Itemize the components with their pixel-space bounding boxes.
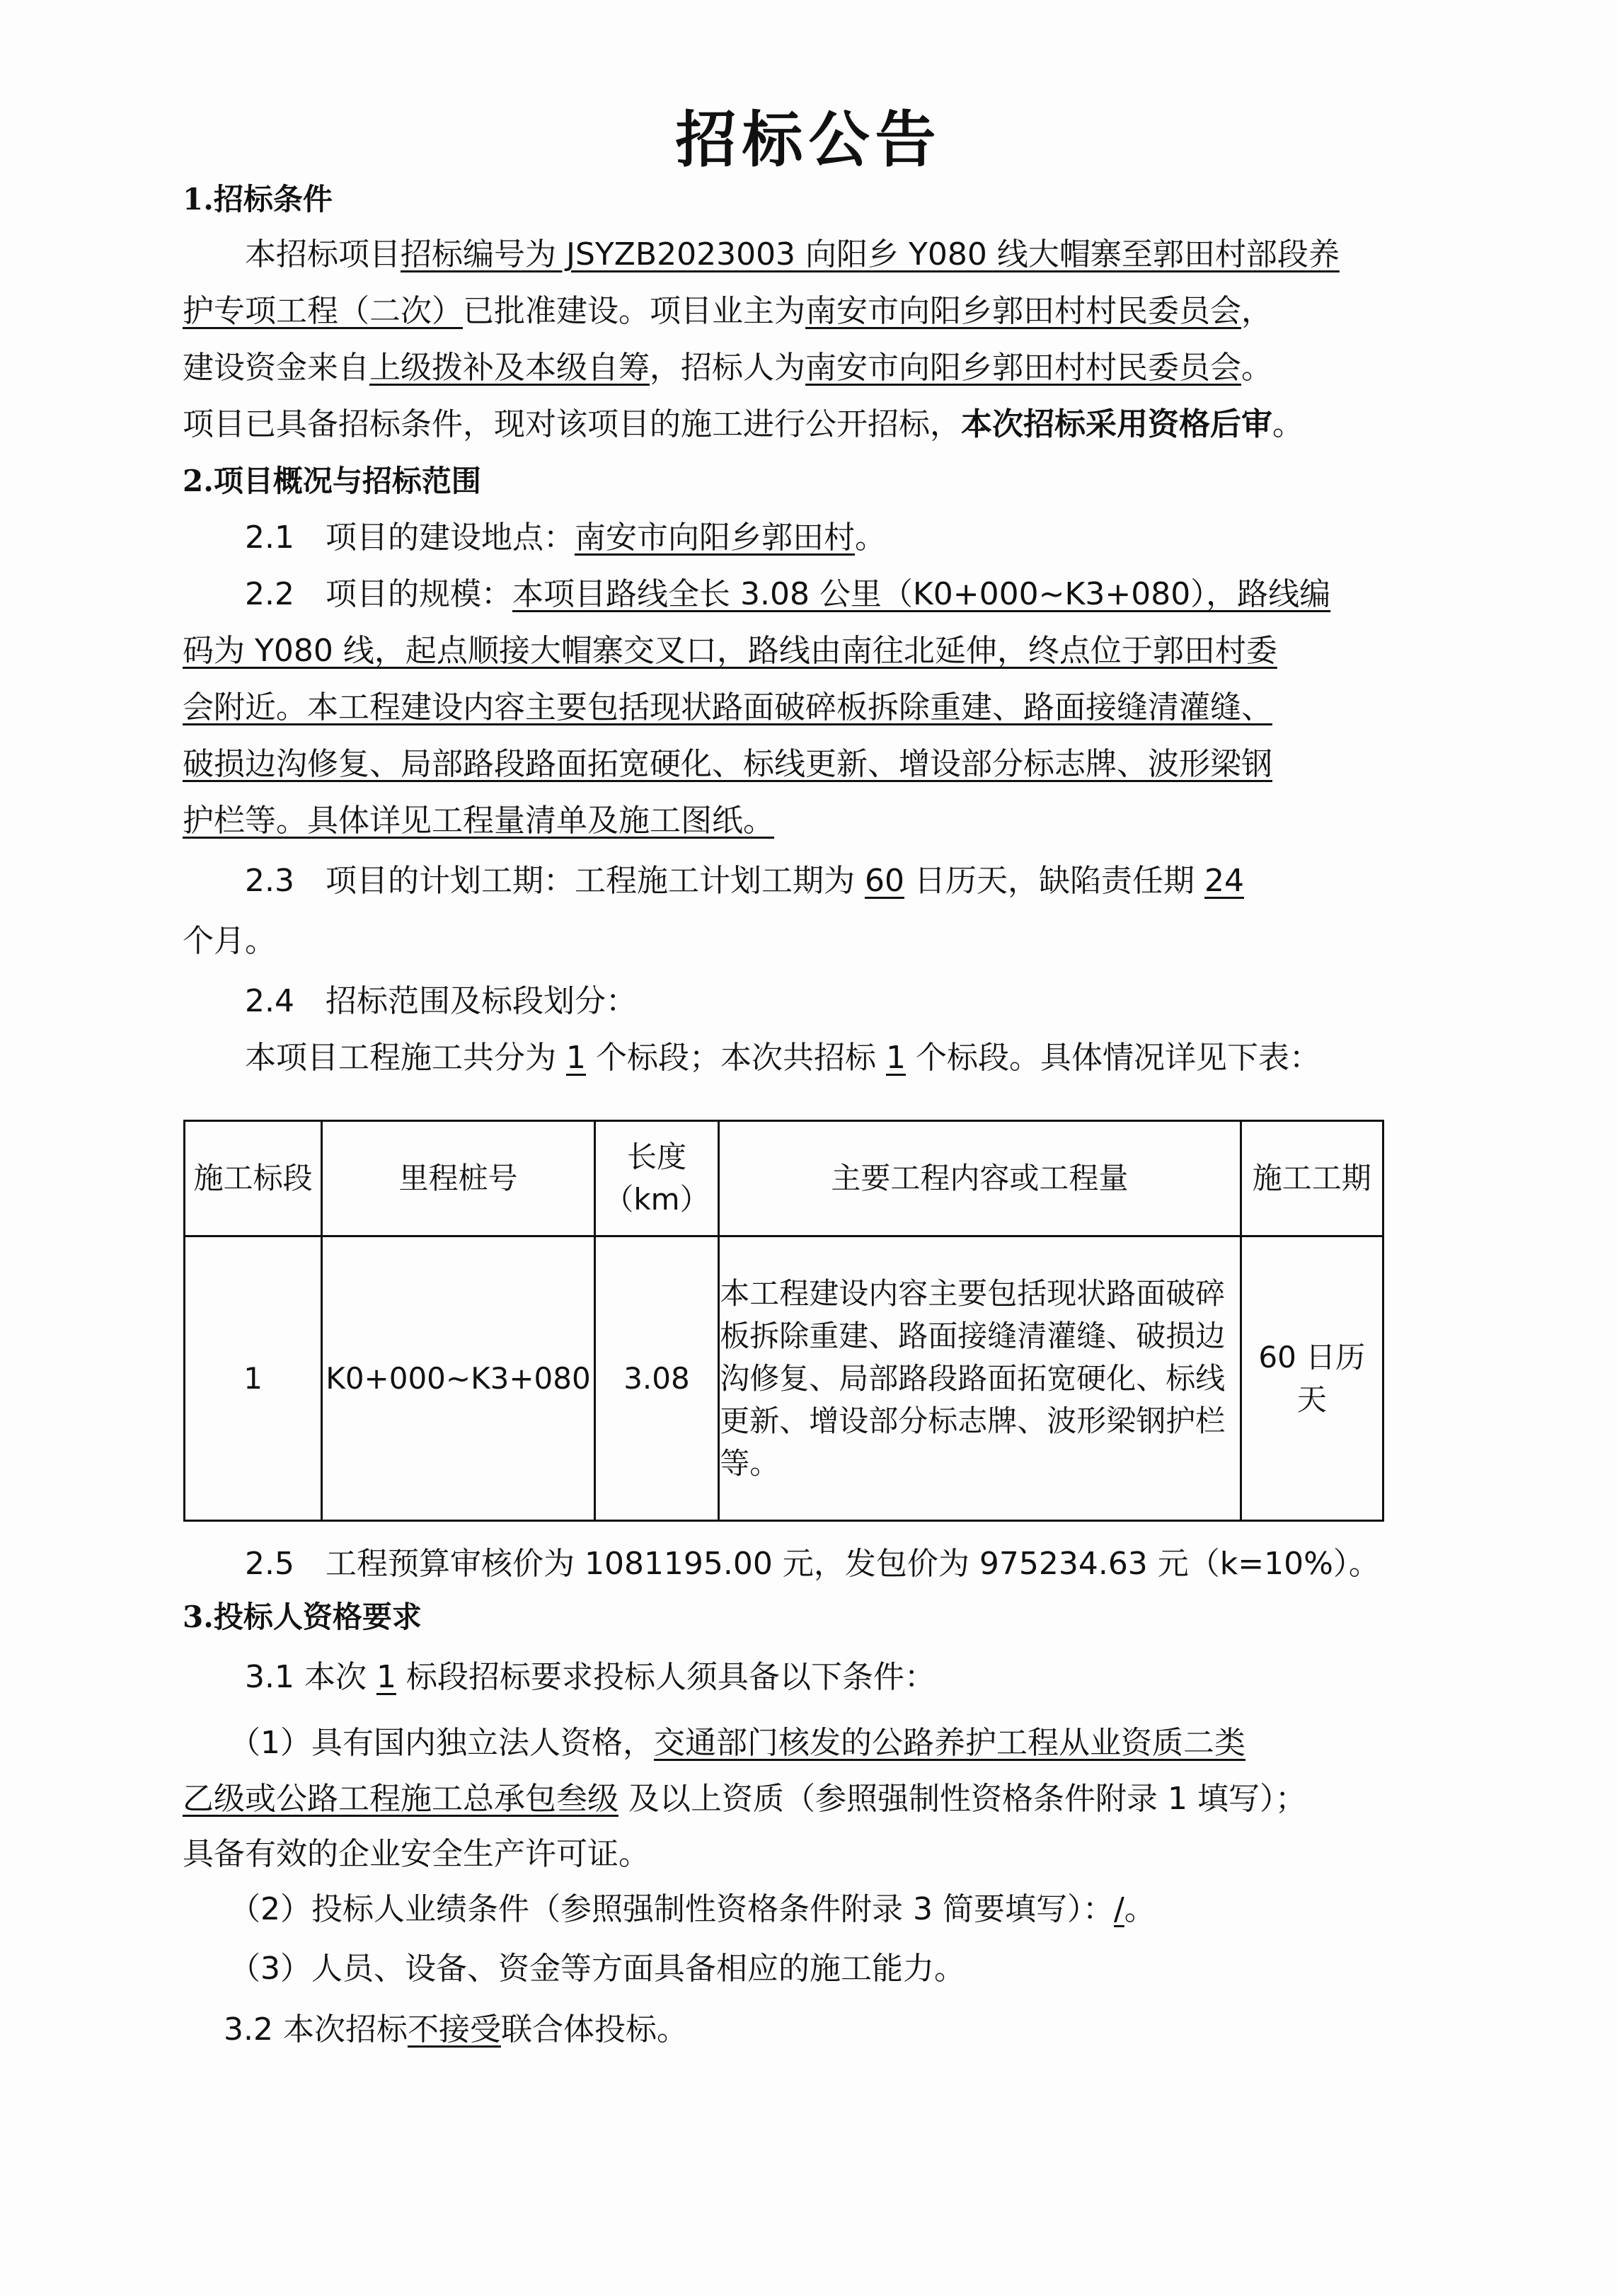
text-segment: 建设资金来自 bbox=[183, 350, 369, 386]
underlined-text: / bbox=[1114, 1891, 1124, 1927]
bold-text: 本次招标采用资格后审 bbox=[961, 406, 1272, 442]
text-segment: 2.3 项目的计划工期：工程施工计划工期为 bbox=[183, 863, 865, 899]
underlined-text: 南安市向阳乡郭田村村民委员会 bbox=[805, 350, 1241, 386]
text-segment: （3）人员、设备、资金等方面具备相应的施工能力。 bbox=[183, 1951, 965, 1987]
paragraph-line: 2.2 项目的规模：本项目路线全长 3.08 公里（K0+000~K3+080）… bbox=[183, 573, 1330, 616]
text-segment: 2.2 项目的规模： bbox=[183, 576, 512, 612]
paragraph-line: 会附近。本工程建设内容主要包括现状路面破碎板拆除重建、路面接缝清灌缝、 bbox=[183, 687, 1272, 729]
text-segment: 2.5 工程预算审核价为 1081195.00 元，发包价为 975234.63… bbox=[183, 1546, 1380, 1582]
paragraph-line: 护专项工程（二次）已批准建设。项目业主为南安市向阳乡郭田村村民委员会， bbox=[183, 290, 1272, 333]
text-segment: 已批准建设。项目业主为 bbox=[463, 293, 805, 329]
cell-length: 3.08 bbox=[594, 1236, 718, 1521]
header-chainage: 里程桩号 bbox=[322, 1121, 594, 1236]
text-segment: 具备有效的企业安全生产许可证。 bbox=[183, 1836, 650, 1872]
bid-section-table: 施工标段 里程桩号 长度（km） 主要工程内容或工程量 施工工期 1 K0+00… bbox=[183, 1120, 1384, 1522]
document-page: 招标公告 1.招标条件 本招标项目招标编号为 JSYZB2023003 向阳乡 … bbox=[0, 0, 1617, 2296]
paragraph-line: 码为 Y080 线，起点顺接大帽寨交叉口，路线由南往北延伸，终点位于郭田村委 bbox=[183, 630, 1277, 672]
cell-duration: 60 日历天 bbox=[1241, 1236, 1383, 1521]
text-segment: 本招标项目 bbox=[183, 236, 401, 272]
paragraph-line: （3）人员、设备、资金等方面具备相应的施工能力。 bbox=[183, 1948, 965, 1990]
page-title: 招标公告 bbox=[0, 91, 1617, 178]
text-segment: 个月。 bbox=[183, 923, 276, 959]
table-header-row: 施工标段 里程桩号 长度（km） 主要工程内容或工程量 施工工期 bbox=[185, 1121, 1383, 1236]
paragraph-line: 护栏等。具体详见工程量清单及施工图纸。 bbox=[183, 800, 774, 842]
paragraph-line: 2.1 项目的建设地点：南安市向阳乡郭田村。 bbox=[183, 517, 886, 559]
header-segment: 施工标段 bbox=[185, 1121, 322, 1236]
paragraph-line: 2.3 项目的计划工期：工程施工计划工期为 60 日历天，缺陷责任期 24 bbox=[183, 860, 1244, 902]
text-segment: 。 bbox=[1124, 1891, 1156, 1927]
budget-line: 2.5 工程预算审核价为 1081195.00 元，发包价为 975234.63… bbox=[183, 1543, 1380, 1585]
header-duration: 施工工期 bbox=[1241, 1121, 1383, 1236]
paragraph-line: （2）投标人业绩条件（参照强制性资格条件附录 3 简要填写）：/。 bbox=[183, 1888, 1156, 1931]
text-segment: 本项目工程施工共分为 bbox=[183, 1040, 566, 1076]
paragraph-line: 破损边沟修复、局部路段路面拓宽硬化、标线更新、增设部分标志牌、波形梁钢 bbox=[183, 743, 1272, 786]
text-segment: 3.1 本次 bbox=[183, 1659, 376, 1695]
text-segment: 个标段。具体情况详见下表： bbox=[906, 1040, 1320, 1076]
underlined-text: 码为 Y080 线，起点顺接大帽寨交叉口，路线由南往北延伸，终点位于郭田村委 bbox=[183, 633, 1277, 669]
underlined-text: 上级拨补及本级自筹 bbox=[369, 350, 650, 386]
text-segment: 项目已具备招标条件，现对该项目的施工进行公开招标， bbox=[183, 406, 961, 442]
text-segment: 联合体投标。 bbox=[501, 2011, 688, 2048]
paragraph-line: 本招标项目招标编号为 JSYZB2023003 向阳乡 Y080 线大帽寨至郭田… bbox=[183, 234, 1340, 276]
text-segment: 3.2 本次招标 bbox=[183, 2011, 408, 2048]
text-segment: 个标段；本次共招标 bbox=[586, 1040, 886, 1076]
text-segment: 。 bbox=[1272, 406, 1304, 442]
paragraph-line: 乙级或公路工程施工总承包叁级 及以上资质（参照强制性资格条件附录 1 填写）； bbox=[183, 1778, 1306, 1820]
underlined-text: 60 bbox=[865, 863, 904, 899]
text-segment: （2）投标人业绩条件（参照强制性资格条件附录 3 简要填写）： bbox=[183, 1891, 1114, 1927]
header-content: 主要工程内容或工程量 bbox=[719, 1121, 1241, 1236]
text-segment: 2.4 招标范围及标段划分： bbox=[183, 983, 637, 1019]
section3-heading: 3.投标人资格要求 bbox=[183, 1596, 422, 1638]
cell-content: 本工程建设内容主要包括现状路面破碎板拆除重建、路面接缝清灌缝、破损边沟修复、局部… bbox=[719, 1236, 1241, 1521]
section2-heading: 2.项目概况与招标范围 bbox=[183, 460, 481, 503]
text-segment: 日历天，缺陷责任期 bbox=[904, 863, 1204, 899]
underlined-text: 护栏等。具体详见工程量清单及施工图纸。 bbox=[183, 803, 774, 839]
underlined-text: 1 bbox=[566, 1040, 586, 1076]
paragraph-line: 个月。 bbox=[183, 920, 276, 963]
paragraph-line: 本项目工程施工共分为 1 个标段；本次共招标 1 个标段。具体情况详见下表： bbox=[183, 1037, 1320, 1079]
paragraph-line: （1）具有国内独立法人资格，交通部门核发的公路养护工程从业资质二类 bbox=[183, 1722, 1245, 1764]
underlined-text: 招标编号为 JSYZB2023003 向阳乡 Y080 线大帽寨至郭田村部段养 bbox=[401, 236, 1340, 272]
underlined-text: 交通部门核发的公路养护工程从业资质二类 bbox=[654, 1725, 1245, 1761]
text-segment: 及以上资质（参照强制性资格条件附录 1 填写）； bbox=[618, 1781, 1306, 1817]
table-row: 1 K0+000~K3+080 3.08 本工程建设内容主要包括现状路面破碎板拆… bbox=[185, 1236, 1383, 1521]
text-segment: ， bbox=[1241, 293, 1272, 329]
underlined-text: 会附近。本工程建设内容主要包括现状路面破碎板拆除重建、路面接缝清灌缝、 bbox=[183, 689, 1272, 725]
text-segment: （1）具有国内独立法人资格， bbox=[183, 1725, 654, 1761]
underlined-text: 破损边沟修复、局部路段路面拓宽硬化、标线更新、增设部分标志牌、波形梁钢 bbox=[183, 746, 1272, 782]
underlined-text: 24 bbox=[1204, 863, 1244, 899]
text-segment: 标段招标要求投标人须具备以下条件： bbox=[396, 1659, 936, 1695]
paragraph-line: 3.1 本次 1 标段招标要求投标人须具备以下条件： bbox=[183, 1656, 936, 1699]
underlined-text: 护专项工程（二次） bbox=[183, 293, 463, 329]
section1-heading: 1.招标条件 bbox=[183, 178, 333, 221]
paragraph-line: 具备有效的企业安全生产许可证。 bbox=[183, 1833, 650, 1876]
paragraph-line: 建设资金来自上级拨补及本级自筹，招标人为南安市向阳乡郭田村村民委员会。 bbox=[183, 347, 1272, 389]
text-segment: 。 bbox=[1241, 350, 1272, 386]
paragraph-line: 2.4 招标范围及标段划分： bbox=[183, 980, 637, 1023]
paragraph-line: 3.2 本次招标不接受联合体投标。 bbox=[183, 2009, 688, 2051]
text-segment: 2.1 项目的建设地点： bbox=[183, 520, 575, 556]
underlined-text: 南安市向阳乡郭田村村民委员会 bbox=[805, 293, 1241, 329]
underlined-text: 1 bbox=[886, 1040, 906, 1076]
underlined-text: 乙级或公路工程施工总承包叁级 bbox=[183, 1781, 618, 1817]
paragraph-line: 项目已具备招标条件，现对该项目的施工进行公开招标，本次招标采用资格后审。 bbox=[183, 403, 1304, 446]
cell-segment: 1 bbox=[185, 1236, 322, 1521]
underlined-text: 本项目路线全长 3.08 公里（K0+000~K3+080），路线编 bbox=[512, 576, 1330, 612]
text-segment: 。 bbox=[855, 520, 886, 556]
underlined-text: 南安市向阳乡郭田村 bbox=[575, 520, 855, 556]
header-length: 长度（km） bbox=[594, 1121, 718, 1236]
underlined-text: 1 bbox=[376, 1659, 396, 1695]
underlined-text: 不接受 bbox=[408, 2011, 501, 2048]
cell-chainage: K0+000~K3+080 bbox=[322, 1236, 594, 1521]
text-segment: ，招标人为 bbox=[650, 350, 805, 386]
